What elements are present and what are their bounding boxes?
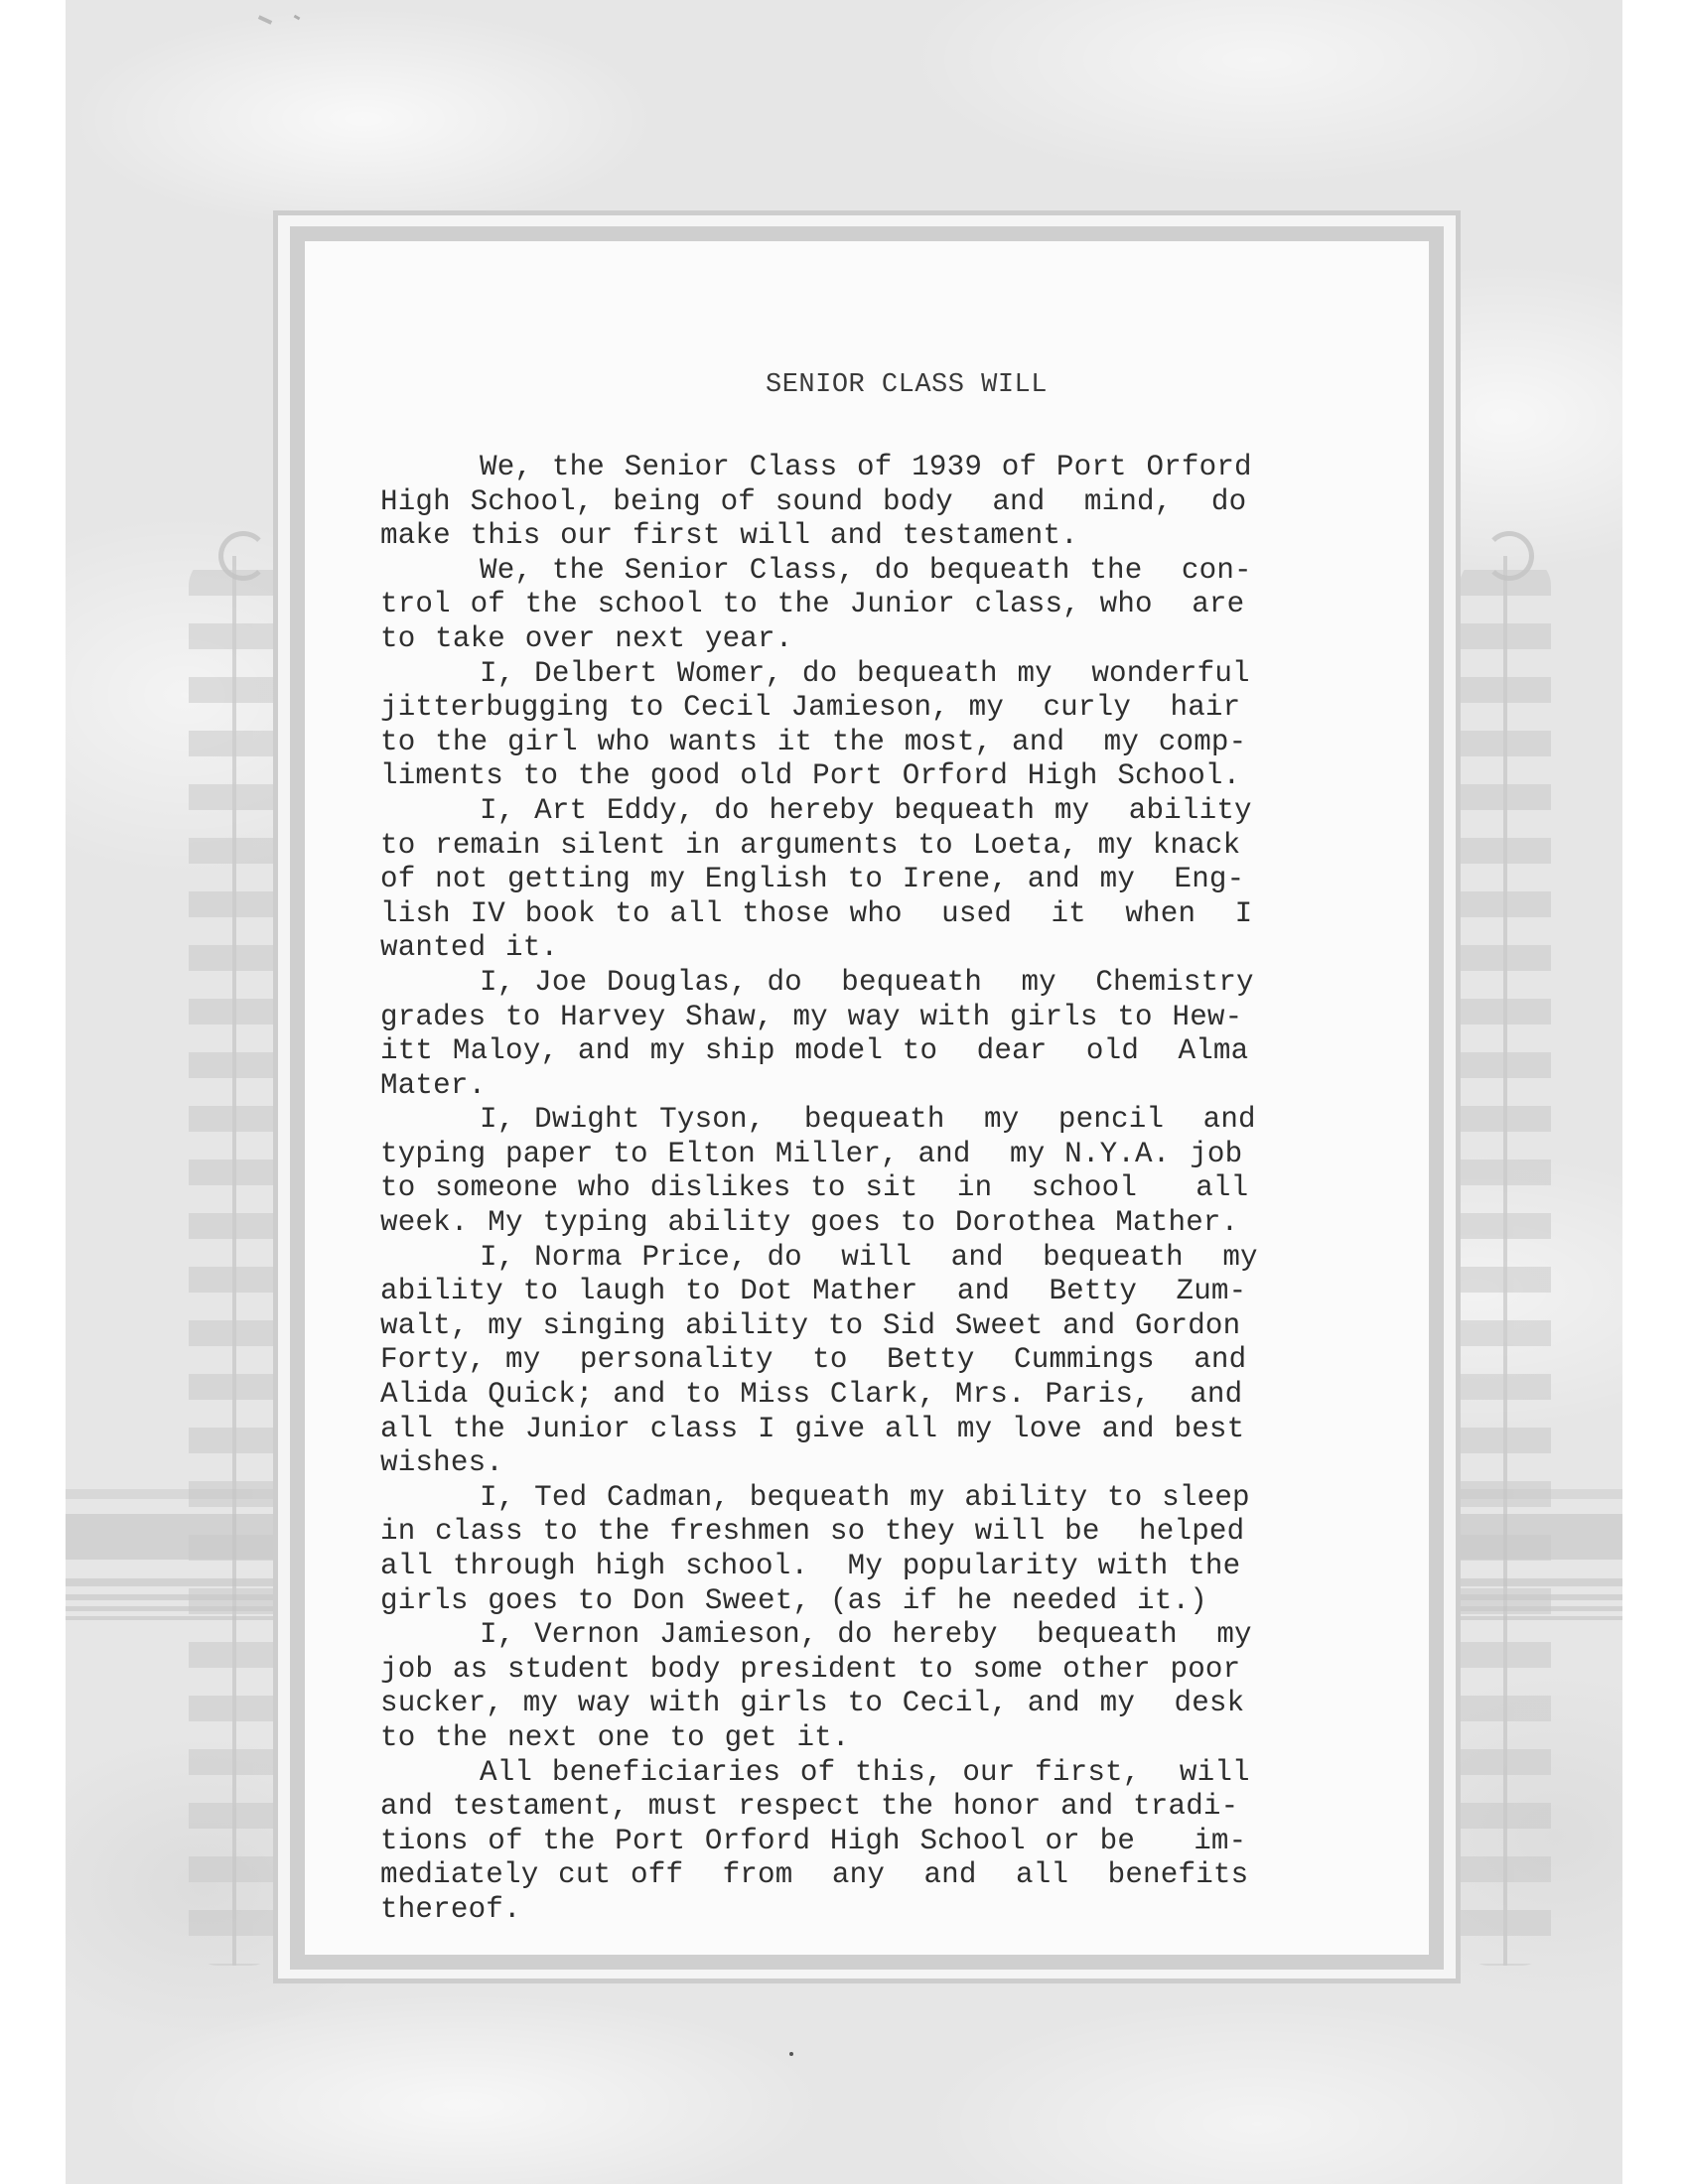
text-line: to someone who dislikes to sit in school… <box>380 1171 1373 1206</box>
text-line: job as student body president to some ot… <box>380 1653 1373 1688</box>
text-line: ability to laugh to Dot Mather and Betty… <box>380 1275 1373 1309</box>
text-line: I, Vernon Jamieson, do hereby bequeath m… <box>380 1618 1373 1653</box>
text-line: mediately cut off from any and all benef… <box>380 1858 1373 1893</box>
text-line: I, Art Eddy, do hereby bequeath my abili… <box>380 794 1373 829</box>
text-line: trol of the school to the Junior class, … <box>380 588 1373 622</box>
text-line: all the Junior class I give all my love … <box>380 1413 1373 1447</box>
text-line: of not getting my English to Irene, and … <box>380 863 1373 897</box>
text-line: High School, being of sound body and min… <box>380 485 1373 520</box>
text-line: make this our first will and testament. <box>380 519 1373 554</box>
paragraph: I, Joe Douglas, do bequeath my Chemistry… <box>380 966 1373 1103</box>
paragraph: I, Dwight Tyson, bequeath my pencil andt… <box>380 1103 1373 1240</box>
oak-leaf-vine-icon <box>189 556 280 1966</box>
text-line: and testament, must respect the honor an… <box>380 1790 1373 1825</box>
paragraph: I, Delbert Womer, do bequeath my wonderf… <box>380 657 1373 794</box>
text-line: tions of the Port Orford High School or … <box>380 1825 1373 1859</box>
text-line: grades to Harvey Shaw, my way with girls… <box>380 1001 1373 1035</box>
text-line: lish IV book to all those who used it wh… <box>380 897 1373 932</box>
text-line: We, the Senior Class of 1939 of Port Orf… <box>380 451 1373 485</box>
paragraph: I, Vernon Jamieson, do hereby bequeath m… <box>380 1618 1373 1755</box>
text-line: to take over next year. <box>380 622 1373 657</box>
text-line: All beneficiaries of this, our first, wi… <box>380 1756 1373 1791</box>
paragraph-list: We, the Senior Class of 1939 of Port Orf… <box>380 451 1373 1928</box>
text-line: sucker, my way with girls to Cecil, and … <box>380 1687 1373 1721</box>
text-line: jitterbugging to Cecil Jamieson, my curl… <box>380 691 1373 726</box>
text-line: typing paper to Elton Miller, and my N.Y… <box>380 1138 1373 1172</box>
text-line: in class to the freshmen so they will be… <box>380 1515 1373 1550</box>
document-body: SENIOR CLASS WILL We, the Senior Class o… <box>380 357 1373 1928</box>
text-line: all through high school. My popularity w… <box>380 1550 1373 1584</box>
page-title: SENIOR CLASS WILL <box>380 357 1373 413</box>
text-line: to remain silent in arguments to Loeta, … <box>380 829 1373 864</box>
page-dot <box>789 2052 793 2056</box>
text-line: week. My typing ability goes to Dorothea… <box>380 1206 1373 1241</box>
text-line: wanted it. <box>380 931 1373 966</box>
scroll-flourish-icon <box>218 531 268 581</box>
paragraph: All beneficiaries of this, our first, wi… <box>380 1756 1373 1928</box>
text-line: girls goes to Don Sweet, (as if he neede… <box>380 1584 1373 1619</box>
paragraph: We, the Senior Class, do bequeath the co… <box>380 554 1373 657</box>
paragraph: I, Norma Price, do will and bequeath mya… <box>380 1241 1373 1481</box>
text-line: We, the Senior Class, do bequeath the co… <box>380 554 1373 589</box>
paragraph: I, Art Eddy, do hereby bequeath my abili… <box>380 794 1373 966</box>
text-line: I, Delbert Womer, do bequeath my wonderf… <box>380 657 1373 692</box>
text-line: thereof. <box>380 1893 1373 1928</box>
text-line: I, Joe Douglas, do bequeath my Chemistry <box>380 966 1373 1001</box>
text-line: to the girl who wants it the most, and m… <box>380 726 1373 760</box>
text-line: Mater. <box>380 1069 1373 1104</box>
text-line: I, Ted Cadman, bequeath my ability to sl… <box>380 1481 1373 1516</box>
text-line: Forty, my personality to Betty Cummings … <box>380 1343 1373 1378</box>
oak-leaf-vine-icon <box>1460 556 1551 1966</box>
text-line: walt, my singing ability to Sid Sweet an… <box>380 1309 1373 1344</box>
text-line: liments to the good old Port Orford High… <box>380 759 1373 794</box>
text-line: I, Norma Price, do will and bequeath my <box>380 1241 1373 1276</box>
paragraph: I, Ted Cadman, bequeath my ability to sl… <box>380 1481 1373 1618</box>
text-line: Alida Quick; and to Miss Clark, Mrs. Par… <box>380 1378 1373 1413</box>
text-line: to the next one to get it. <box>380 1721 1373 1756</box>
paragraph: We, the Senior Class of 1939 of Port Orf… <box>380 451 1373 554</box>
text-line: wishes. <box>380 1446 1373 1481</box>
text-line: I, Dwight Tyson, bequeath my pencil and <box>380 1103 1373 1138</box>
scroll-flourish-icon <box>1484 531 1534 581</box>
text-line: itt Maloy, and my ship model to dear old… <box>380 1034 1373 1069</box>
